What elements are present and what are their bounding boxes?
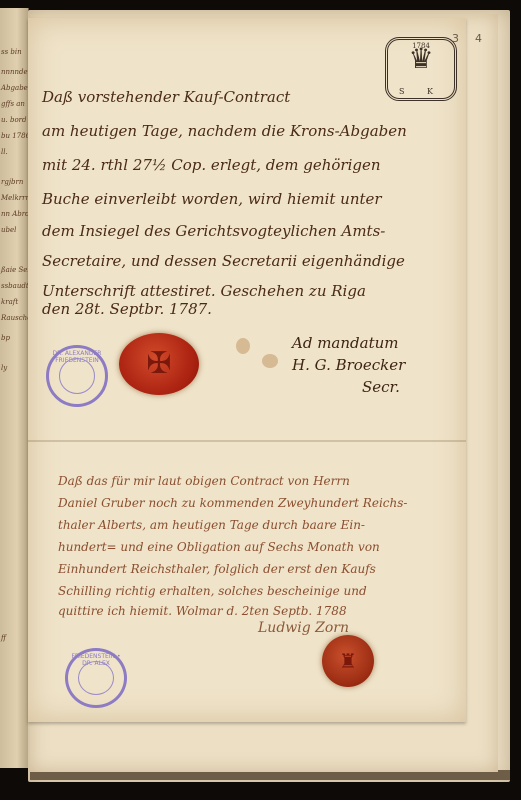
- text-line: dem Insiegel des Gerichtsvogteylichen Am…: [42, 222, 385, 240]
- mandate-line: Ad mandatum: [292, 332, 405, 354]
- signature: Ludwig Zorn: [258, 620, 349, 636]
- left-page-fragment: ll.: [1, 148, 8, 156]
- text-line: Secretaire, und dessen Secretarii eigenh…: [42, 252, 405, 270]
- note-line: thaler Alberts, am heutigen Tage durch b…: [58, 518, 365, 532]
- left-page-fragment: u. bord: [1, 116, 26, 124]
- note-line: quittire ich hiemit. Wolmar d. 2ten Sept…: [58, 604, 347, 618]
- left-page-fragment: ff: [1, 634, 6, 642]
- stain: [262, 354, 278, 368]
- left-page-fragment: ubel: [1, 226, 16, 234]
- left-page-fragment: kraft: [1, 298, 18, 306]
- text-line: Unterschrift attestiret. Geschehen zu Ri…: [42, 282, 366, 300]
- wax-seal: ✠: [119, 333, 199, 395]
- text-line: am heutigen Tage, nachdem die Krons-Abga…: [42, 122, 407, 140]
- note-line: Daniel Gruber noch zu kommenden Zweyhund…: [58, 496, 407, 510]
- wax-seal: ♜: [322, 635, 374, 687]
- stain: [236, 338, 250, 354]
- library-stamp: FRIEDENSTEIN • DR. ALEX: [65, 648, 127, 708]
- text-line: mit 24. rthl 27½ Cop. erlegt, dem gehöri…: [42, 156, 381, 174]
- text-line: Buche einverleibt worden, wird hiemit un…: [42, 190, 382, 208]
- left-page-edge: ss bin nnnnden Abgaben gffs an u. bord b…: [0, 8, 29, 768]
- left-page-fragment: nn Abrd: [1, 210, 30, 218]
- paper-fold-line: [28, 440, 466, 442]
- left-page-fragment: bu 1786: [1, 132, 30, 140]
- left-page-fragment: rgjbrn: [1, 178, 23, 186]
- eagle-seal-icon: ✠: [146, 346, 171, 381]
- left-page-fragment: ly: [1, 364, 7, 372]
- note-line: Daß das für mir laut obigen Contract von…: [58, 474, 350, 488]
- seal-emblem-icon: ♜: [339, 649, 357, 673]
- mandate-line: H. G. Broecker: [292, 354, 405, 376]
- library-stamp: DR. ALEXANDER FRIEDENSTEIN: [46, 345, 108, 407]
- mandate-signature: Ad mandatum H. G. Broecker Secr.: [292, 332, 405, 398]
- text-line: den 28t. Septbr. 1787.: [42, 300, 212, 318]
- page-number: 4: [475, 32, 482, 45]
- left-page-fragment: ssbaudt: [1, 282, 29, 290]
- note-line: Schilling richtig erhalten, solches besc…: [58, 584, 367, 598]
- left-page-fragment: ss bin: [1, 48, 22, 56]
- mandate-line: Secr.: [292, 376, 405, 398]
- stamp-year: 1784: [388, 42, 454, 50]
- tax-stamp: 1784 ♛ S K: [385, 37, 457, 101]
- library-stamp-text: FRIEDENSTEIN • DR. ALEX: [71, 653, 120, 667]
- text-line: Daß vorstehender Kauf-Contract: [42, 88, 290, 106]
- note-line: Einhundert Reichsthaler, folglich der er…: [58, 562, 376, 576]
- library-stamp-text: DR. ALEXANDER FRIEDENSTEIN: [53, 350, 102, 364]
- stamp-initials: S K: [388, 87, 454, 96]
- left-page-fragment: gffs an: [1, 100, 25, 108]
- left-page-fragment: bp: [1, 334, 10, 342]
- note-line: hundert= und eine Obligation auf Sechs M…: [58, 540, 380, 554]
